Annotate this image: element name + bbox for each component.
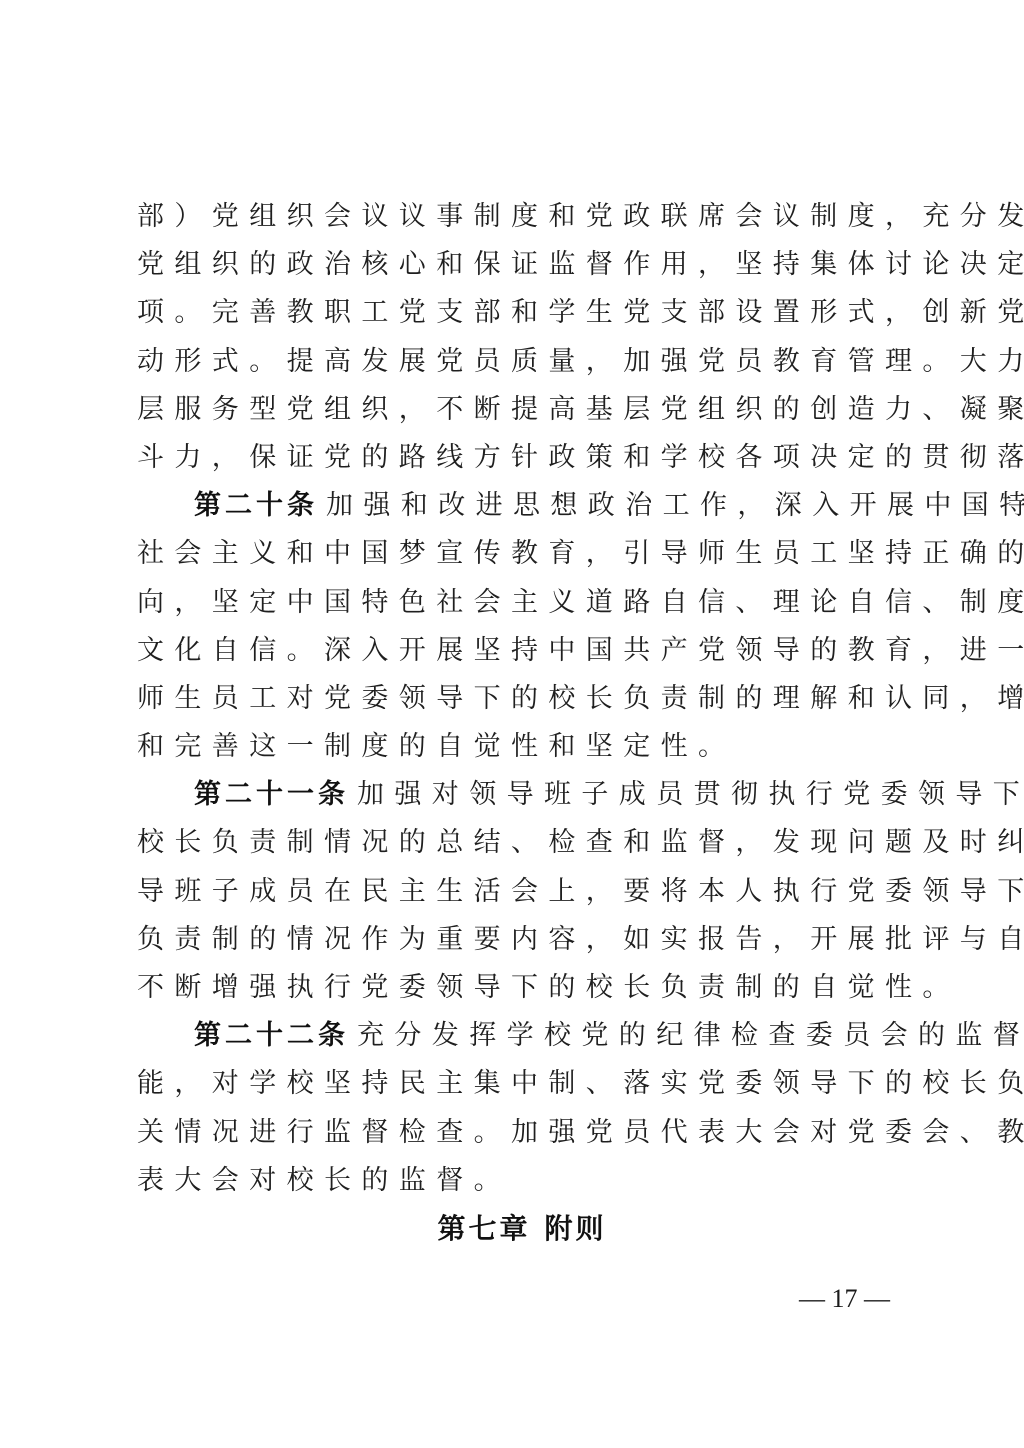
article-text: 加强对领导班子成员贯彻执行党委领导下的 [357, 779, 1024, 810]
text-line: 表大会对校长的监督。 [137, 1157, 897, 1205]
article-number: 第二十条 [194, 490, 318, 521]
article-number: 第二十二条 [194, 1020, 349, 1051]
chapter-heading: 第七章附则 [0, 1207, 1024, 1247]
chapter-name: 附则 [545, 1212, 607, 1245]
text-line: 文化自信。深入开展坚持中国共产党领导的教育，进一步深化 [137, 627, 897, 675]
article-text: 加强和改进思想政治工作，深入开展中国特色 [326, 490, 1024, 521]
text-line: 不断增强执行党委领导下的校长负责制的自觉性。 [137, 964, 897, 1012]
text-line: 和完善这一制度的自觉性和坚定性。 [137, 723, 897, 771]
chapter-number: 第七章 [437, 1212, 530, 1245]
text-line: 负责制的情况作为重要内容，如实报告，开展批评与自我批评， [137, 916, 897, 964]
article-20-first-line: 第二十条加强和改进思想政治工作，深入开展中国特色 [137, 482, 897, 530]
text-line: 校长负责制情况的总结、检查和监督，发现问题及时纠正。领 [137, 819, 897, 867]
text-line: 师生员工对党委领导下的校长负责制的理解和认同，增强坚持 [137, 675, 897, 723]
text-line: 社会主义和中国梦宣传教育，引导师生员工坚持正确的政治方 [137, 530, 897, 578]
text-line: 动形式。提高发展党员质量，加强党员教育管理。大力创建基 [137, 338, 897, 386]
text-line: 部）党组织会议议事制度和党政联席会议制度，充分发挥基础 [137, 193, 897, 241]
text-line: 党组织的政治核心和保证监督作用，坚持集体讨论决定重大事 [137, 241, 897, 289]
text-line: 导班子成员在民主生活会上，要将本人执行党委领导下的校长 [137, 868, 897, 916]
article-text: 充分发挥学校党的纪律检查委员会的监督职 [357, 1020, 1024, 1051]
text-line: 关情况进行监督检查。加强党员代表大会对党委会、教职工代 [137, 1109, 897, 1157]
text-line: 层服务型党组织，不断提高基层党组织的创造力、凝聚力和战 [137, 386, 897, 434]
article-22-first-line: 第二十二条充分发挥学校党的纪律检查委员会的监督职 [137, 1012, 897, 1060]
document-body: 部）党组织会议议事制度和党政联席会议制度，充分发挥基础 党组织的政治核心和保证监… [137, 193, 897, 1205]
article-21-first-line: 第二十一条加强对领导班子成员贯彻执行党委领导下的 [137, 771, 897, 819]
document-page: 部）党组织会议议事制度和党政联席会议制度，充分发挥基础 党组织的政治核心和保证监… [0, 0, 1024, 1448]
text-line: 向，坚定中国特色社会主义道路自信、理论自信、制度自信、 [137, 579, 897, 627]
text-line: 能，对学校坚持民主集中制、落实党委领导下的校长负责制有 [137, 1060, 897, 1108]
text-line: 斗力，保证党的路线方针政策和学校各项决定的贯彻落实。 [137, 434, 897, 482]
text-line: 项。完善教职工党支部和学生党支部设置形式，创新党支部活 [137, 289, 897, 337]
article-number: 第二十一条 [194, 779, 349, 810]
page-number: — 17 — [799, 1284, 890, 1314]
